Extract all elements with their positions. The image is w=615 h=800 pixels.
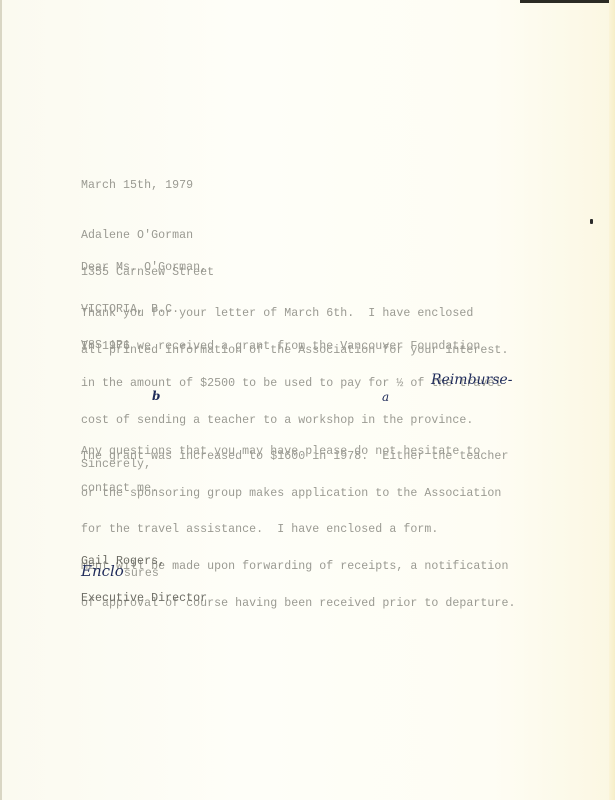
scan-edge-right — [609, 0, 615, 800]
paragraph-line: In 1976 we received a grant from the Van… — [81, 341, 515, 353]
paragraph-line: Any questions that you may have please d… — [81, 446, 480, 458]
handwritten-mark-b: b — [152, 389, 160, 403]
scan-edge-left — [0, 0, 2, 800]
letter-page: March 15th, 1979 Adalene O'Gorman 1355 C… — [0, 0, 615, 800]
ink-speck — [590, 219, 593, 224]
handwritten-enclosures: Enclo — [81, 562, 124, 580]
recipient-name: Adalene O'Gorman — [81, 230, 214, 242]
scan-edge-top — [520, 0, 615, 3]
signer-title: Executive Director — [81, 593, 207, 605]
letter-date: March 15th, 1979 — [81, 180, 193, 192]
salutation: Dear Ms. O'Gorman, — [81, 262, 207, 274]
handwritten-reimburse: Reimburse- — [431, 372, 512, 388]
paragraph-line: contact me. — [81, 483, 480, 495]
closing: Sincerely, — [81, 459, 151, 471]
enclosures-typed: sures — [124, 567, 159, 580]
enclosures-line: Enclosures — [81, 562, 159, 581]
handwritten-mark-a: a — [382, 390, 389, 404]
